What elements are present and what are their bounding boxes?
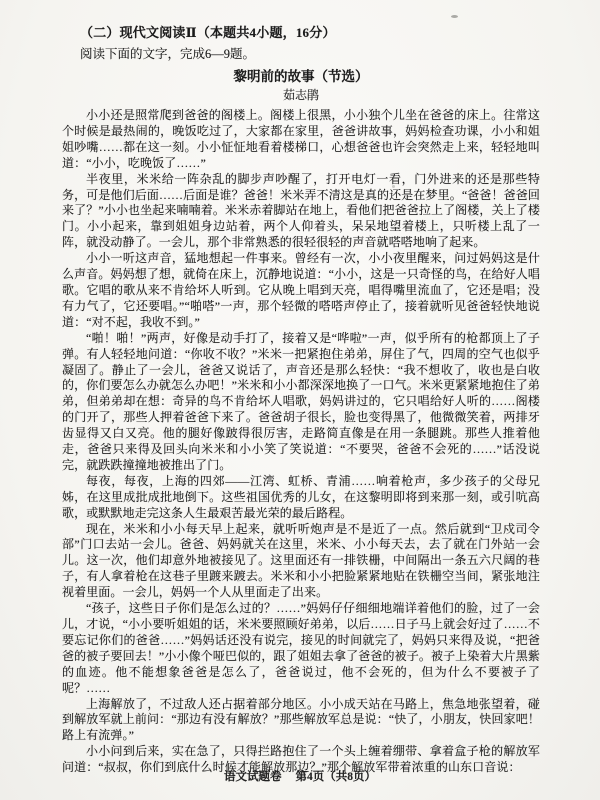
page-content: （二）现代文阅读Ⅱ（本题共4小题，16分） 阅读下面的文字，完成6—9题。 黎明… <box>62 22 540 776</box>
reading-instruction: 阅读下面的文字，完成6—9题。 <box>80 44 540 62</box>
passage-paragraph: 现在，米米和小小每天早上起来，就听听炮声是不是近了一点。然后就到“卫戍司令部”门… <box>62 522 540 602</box>
passage-author: 茹志鹃 <box>62 86 540 103</box>
page-footer: 语文试题卷第4页（共8页） <box>0 768 600 784</box>
passage-paragraph: 上海解放了，不过敌人还占据着部分地区。小小成天站在马路上，焦急地张望着，碰到解放… <box>62 697 540 745</box>
passage-paragraph: “啪！啪！”两声，好像是动手打了，接着又是“哗啦”一声，似乎所有的枪都顶上了子弹… <box>62 331 540 474</box>
passage-paragraph: 小小一听这声音，猛地想起一件事来。曾经有一次，小小夜里醒来，问过妈妈这是什么声音… <box>62 251 540 331</box>
footer-page-info: 第4页（共8页） <box>296 771 377 783</box>
section-heading: （二）现代文阅读Ⅱ（本题共4小题，16分） <box>80 22 540 41</box>
passage-paragraph: 每夜，每夜，上海的四郊——江湾、虹桥、青浦……响着枪声，多少孩子的父母兄姊，在这… <box>62 474 540 522</box>
passage-paragraph: 小小还是照常爬到爸爸的阁楼上。阁楼上很黑，小小独个儿坐在爸爸的床上。往常这个时候… <box>62 108 540 172</box>
passage-paragraph: 半夜里，米米给一阵杂乱的脚步声吵醒了，打开电灯一看，门外进来的还是那些特务，可是… <box>62 172 540 252</box>
scanned-exam-page: （二）现代文阅读Ⅱ（本题共4小题，16分） 阅读下面的文字，完成6—9题。 黎明… <box>0 0 600 800</box>
footer-volume-label: 语文试题卷 <box>224 771 282 783</box>
passage-paragraph: “孩子，这些日子你们是怎么过的？……”妈妈仔仔细细地端详着他们的脸，过了一会儿，… <box>62 601 540 696</box>
scan-speck <box>451 15 458 18</box>
passage-title: 黎明前的故事（节选） <box>62 65 540 85</box>
